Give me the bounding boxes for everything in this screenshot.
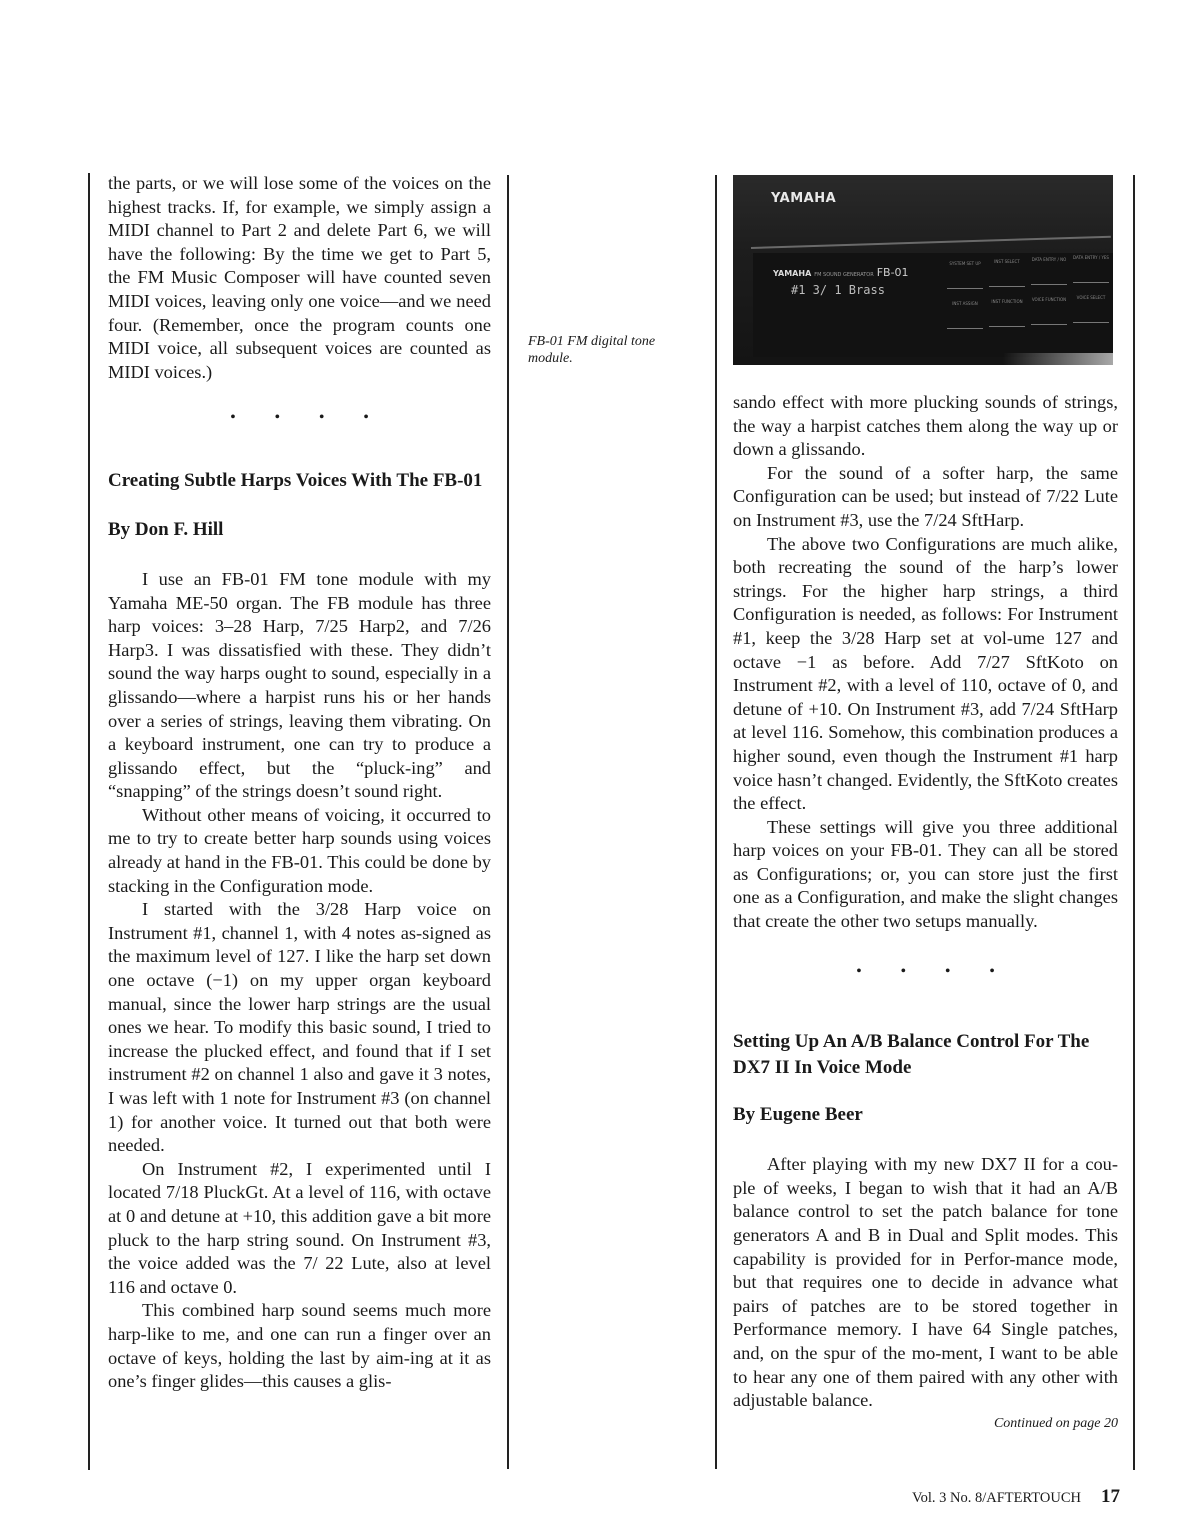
article-byline: By Eugene Beer [733,1103,1118,1127]
photo-panel-button: SYSTEM SET UP [947,257,983,289]
photo-lcd-display: #1 3/ 1 Brass [791,283,885,297]
photo-glare [1003,353,1113,365]
body-paragraph: For the sound of a softer harp, the same… [733,462,1118,533]
continued-note: Continued on page 20 [733,1414,1118,1434]
intro-paragraph: the parts, or we will lose some of the v… [108,172,491,384]
body-paragraph: I use an FB-01 FM tone module with my Ya… [108,568,491,804]
body-paragraph: sando effect with more plucking sounds o… [733,391,1118,462]
page-number: 17 [1101,1486,1120,1507]
body-paragraph: These settings will give you three addit… [733,816,1118,934]
photo-panel-button: INST FUNCTION [989,295,1025,327]
body-paragraph: I started with the 3/28 Harp voice on In… [108,898,491,1158]
photo-panel-button: INST SELECT [989,255,1025,287]
photo-panel-label: YAMAHAFM SOUND GENERATORFB-01 [773,266,909,279]
panel-subtitle: FM SOUND GENERATOR [814,272,873,278]
publication-info: Vol. 3 No. 8/AFTERTOUCH [912,1490,1081,1506]
section-separator: • • • • [733,960,1118,984]
figure-caption: FB-01 FM digital tone module. [528,333,688,367]
article-headline: Creating Subtle Harps Voices With The FB… [108,468,491,494]
column-rule-center-left [507,175,509,1469]
column-rule-left [88,173,90,1470]
article-headline: Setting Up An A/B Balance Control For Th… [733,1029,1118,1081]
photo-panel-button: DATA ENTRY / YES [1073,251,1109,283]
photo-panel-button: VOICE FUNCTION [1031,293,1067,325]
section-separator: • • • • [108,406,491,430]
column-rule-right [1133,175,1135,1470]
article-byline: By Don F. Hill [108,518,491,542]
photo-brand-logo: YAMAHA [771,191,836,206]
body-paragraph: This combined harp sound seems much more… [108,1299,491,1393]
right-column: sando effect with more plucking sounds o… [733,391,1118,1434]
page-footer: Vol. 3 No. 8/AFTERTOUCH17 [912,1486,1120,1508]
photo-panel-button: INST ASSIGN [947,297,983,329]
body-paragraph: The above two Configurations are much al… [733,533,1118,816]
photo-panel-button: DATA ENTRY / NO [1031,253,1067,285]
body-paragraph: After playing with my new DX7 II for a c… [733,1153,1118,1413]
fb01-photo: YAMAHA YAMAHAFM SOUND GENERATORFB-01 #1 … [733,175,1113,365]
body-paragraph: Without other means of voicing, it occur… [108,804,491,898]
body-paragraph: On Instrument #2, I experimented until I… [108,1158,491,1300]
panel-model: FB-01 [877,266,909,279]
photo-trim-strip [751,236,1111,249]
left-column: the parts, or we will lose some of the v… [108,172,491,1394]
panel-brand: YAMAHA [773,269,811,278]
column-rule-center-right [715,175,717,1469]
photo-panel-button: VOICE SELECT [1073,291,1109,323]
